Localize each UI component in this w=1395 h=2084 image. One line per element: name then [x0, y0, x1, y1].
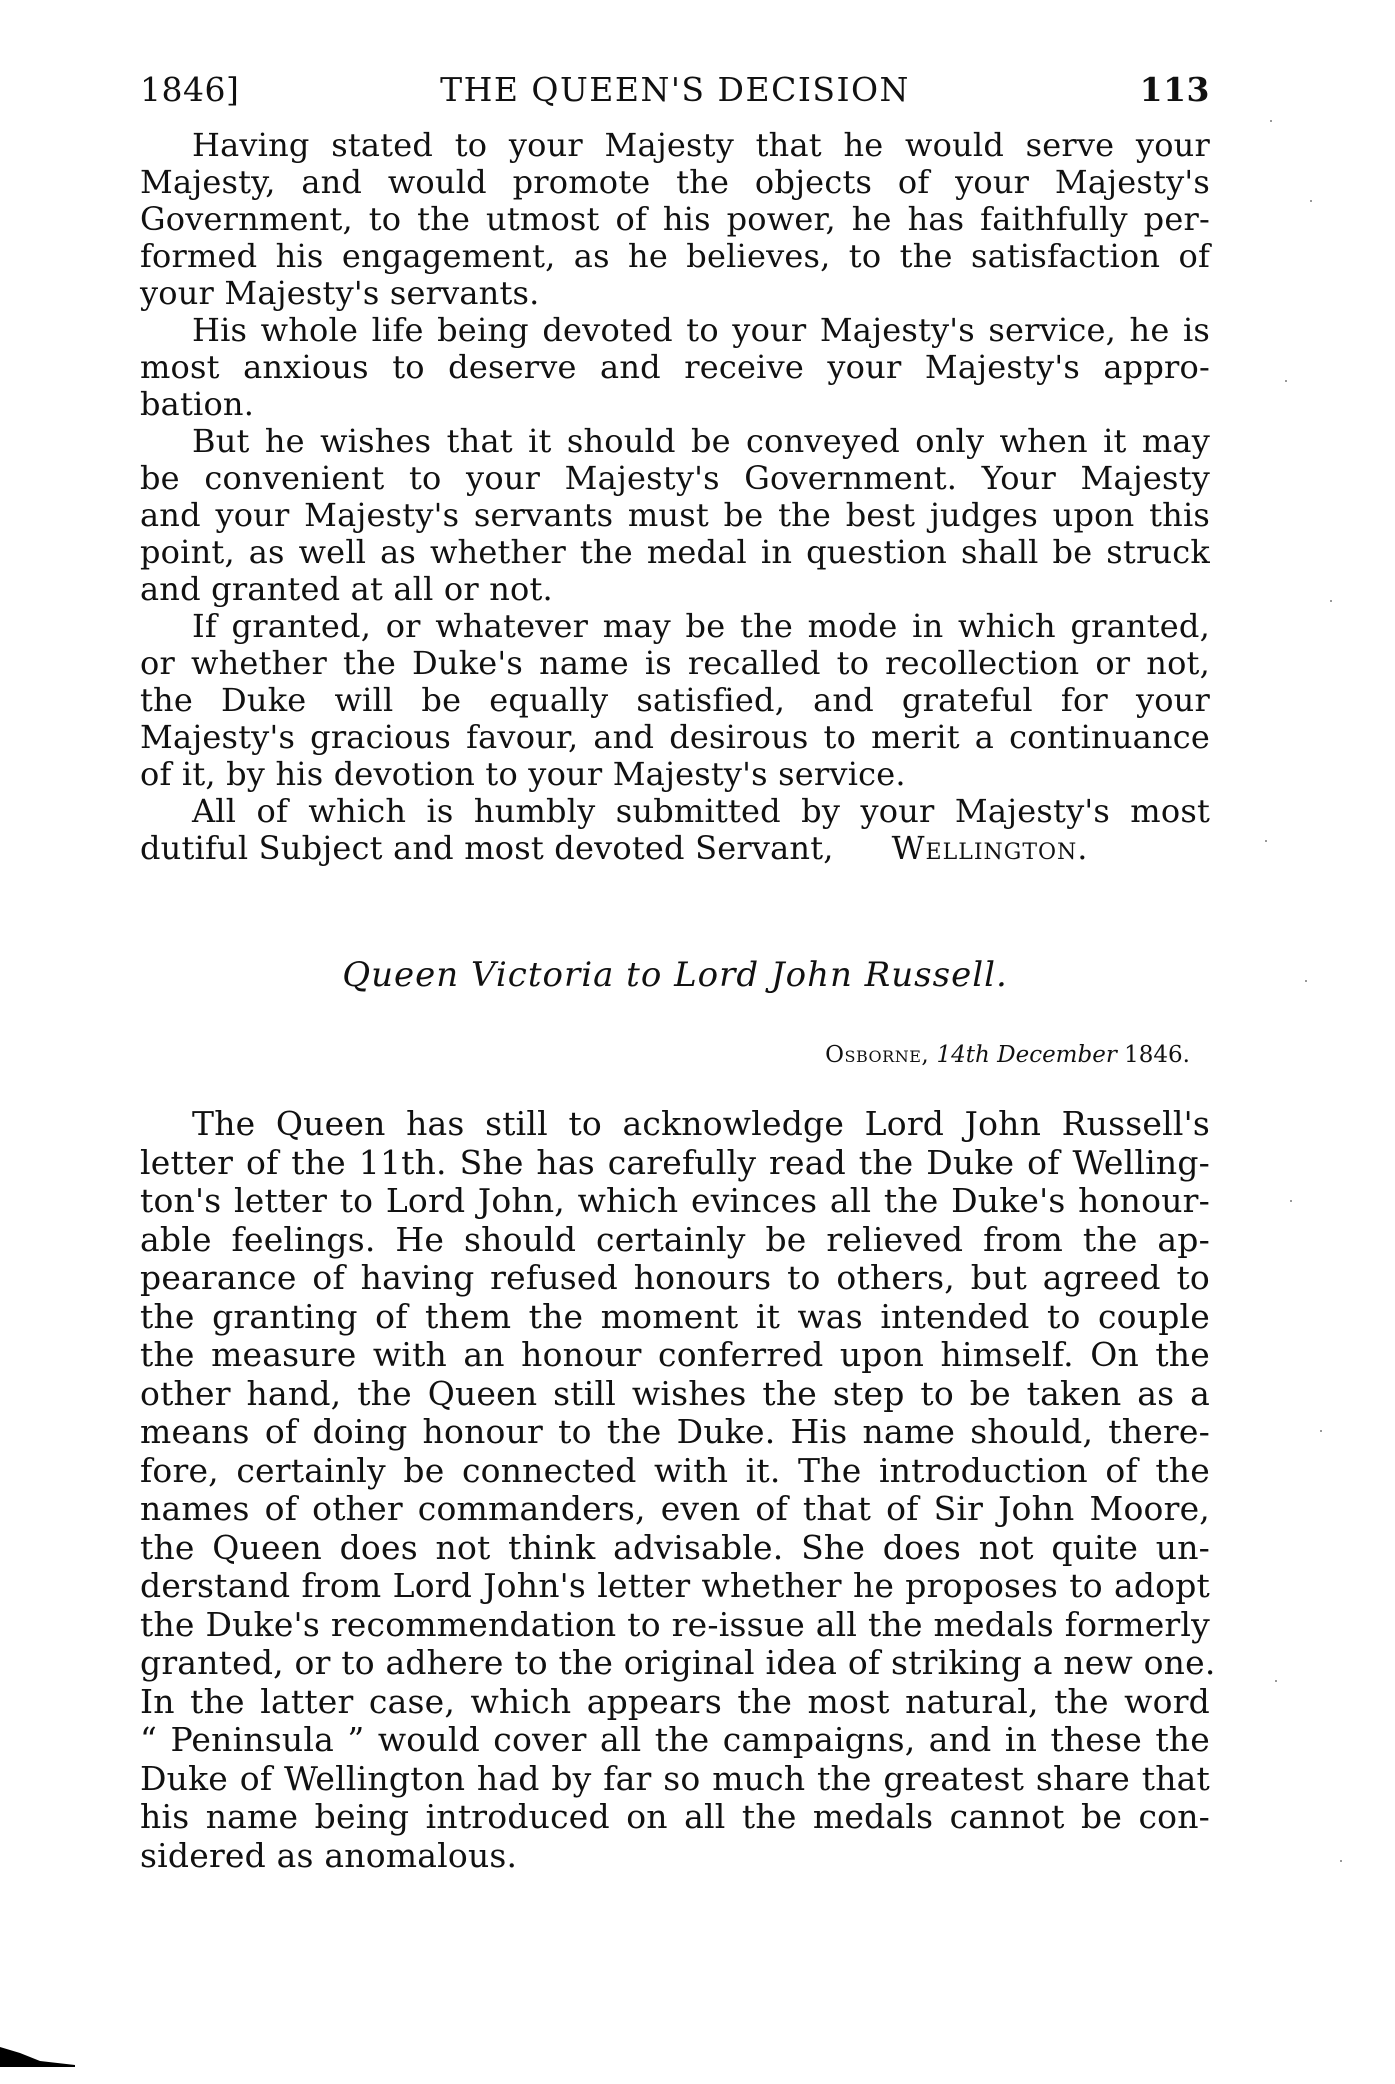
paragraph: His whole life being devoted to your Maj…	[140, 312, 1210, 423]
text-line: the Duke will be equally satisfied, and …	[140, 682, 1210, 719]
text-line: “ Peninsula ” would cover all the campai…	[140, 1721, 1210, 1760]
queen-victoria-letter: The Queen has still to acknowledge Lord …	[140, 1105, 1210, 1875]
scan-artifact-wedge	[0, 2047, 75, 2067]
paragraph: But he wishes that it should be conveyed…	[140, 423, 1210, 608]
running-head-title: THE QUEEN'S DECISION	[140, 70, 1210, 109]
text-line: derstand from Lord John's letter whether…	[140, 1567, 1210, 1606]
wellington-letter: Having stated to your Majesty that he wo…	[140, 127, 1210, 867]
text-line: his name being introduced on all the med…	[140, 1798, 1210, 1837]
text-line: names of other commanders, even of that …	[140, 1490, 1210, 1529]
text-line: Having stated to your Majesty that he wo…	[140, 127, 1210, 164]
text-line: means of doing honour to the Duke. His n…	[140, 1413, 1210, 1452]
paragraph: If granted, or whatever may be the mode …	[140, 608, 1210, 793]
text-line: pearance of having refused honours to ot…	[140, 1259, 1210, 1298]
paragraph: Having stated to your Majesty that he wo…	[140, 127, 1210, 312]
text-line: dutiful Subject and most devoted Servant…	[140, 830, 1210, 867]
text-line: In the latter case, which appears the mo…	[140, 1683, 1210, 1722]
text-line: If granted, or whatever may be the mode …	[140, 608, 1210, 645]
text-line: But he wishes that it should be conveyed…	[140, 423, 1210, 460]
page-number: 113	[1140, 70, 1210, 109]
text-line: be convenient to your Majesty's Governme…	[140, 460, 1210, 497]
text-line: All of which is humbly submitted by your…	[140, 793, 1210, 830]
text-line: point, as well as whether the medal in q…	[140, 534, 1210, 571]
signature: Wellington.	[892, 829, 1089, 867]
letter-heading: Queen Victoria to Lord John Russell.	[140, 955, 1210, 995]
text-line: The Queen has still to acknowledge Lord …	[140, 1105, 1210, 1144]
text-line: the granting of them the moment it was i…	[140, 1298, 1210, 1337]
text-line: fore, certainly be connected with it. Th…	[140, 1452, 1210, 1491]
text-line: the measure with an honour conferred upo…	[140, 1336, 1210, 1375]
dateline-month: December	[997, 1042, 1117, 1068]
text-line: granted, or to adhere to the original id…	[140, 1644, 1210, 1683]
text-line: other hand, the Queen still wishes the s…	[140, 1375, 1210, 1414]
text-line: Majesty's gracious favour, and desirous …	[140, 719, 1210, 756]
scan-noise	[1250, 80, 1370, 1980]
dateline-place: Osborne,	[825, 1042, 929, 1068]
text-line: and granted at all or not.	[140, 571, 1210, 608]
closing-text: dutiful Subject and most devoted Servant…	[140, 829, 834, 867]
text-line: Duke of Wellington had by far so much th…	[140, 1760, 1210, 1799]
text-line: formed his engagement, as he believes, t…	[140, 238, 1210, 275]
text-line: His whole life being devoted to your Maj…	[140, 312, 1210, 349]
text-line: or whether the Duke's name is recalled t…	[140, 645, 1210, 682]
text-line: bation.	[140, 386, 1210, 423]
text-line: letter of the 11th. She has carefully re…	[140, 1144, 1210, 1183]
dateline-year: 1846.	[1124, 1042, 1190, 1068]
text-line: able feelings. He should certainly be re…	[140, 1221, 1210, 1260]
text-line: most anxious to deserve and receive your…	[140, 349, 1210, 386]
text-line: and your Majesty's servants must be the …	[140, 497, 1210, 534]
text-line: of it, by his devotion to your Majesty's…	[140, 756, 1210, 793]
dateline-day: 14th	[937, 1042, 990, 1068]
text-line: the Duke's recommendation to re-issue al…	[140, 1606, 1210, 1645]
text-line: the Queen does not think advisable. She …	[140, 1529, 1210, 1568]
text-line: ton's letter to Lord John, which evinces…	[140, 1182, 1210, 1221]
text-line: Majesty, and would promote the objects o…	[140, 164, 1210, 201]
dateline: Osborne, 14th December 1846.	[825, 1042, 1190, 1068]
text-line: your Majesty's servants.	[140, 275, 1210, 312]
running-head: 1846] THE QUEEN'S DECISION 113	[140, 70, 1210, 110]
text-line: sidered as anomalous.	[140, 1837, 1210, 1876]
text-line: Government, to the utmost of his power, …	[140, 201, 1210, 238]
closing-paragraph: All of which is humbly submitted by your…	[140, 793, 1210, 867]
